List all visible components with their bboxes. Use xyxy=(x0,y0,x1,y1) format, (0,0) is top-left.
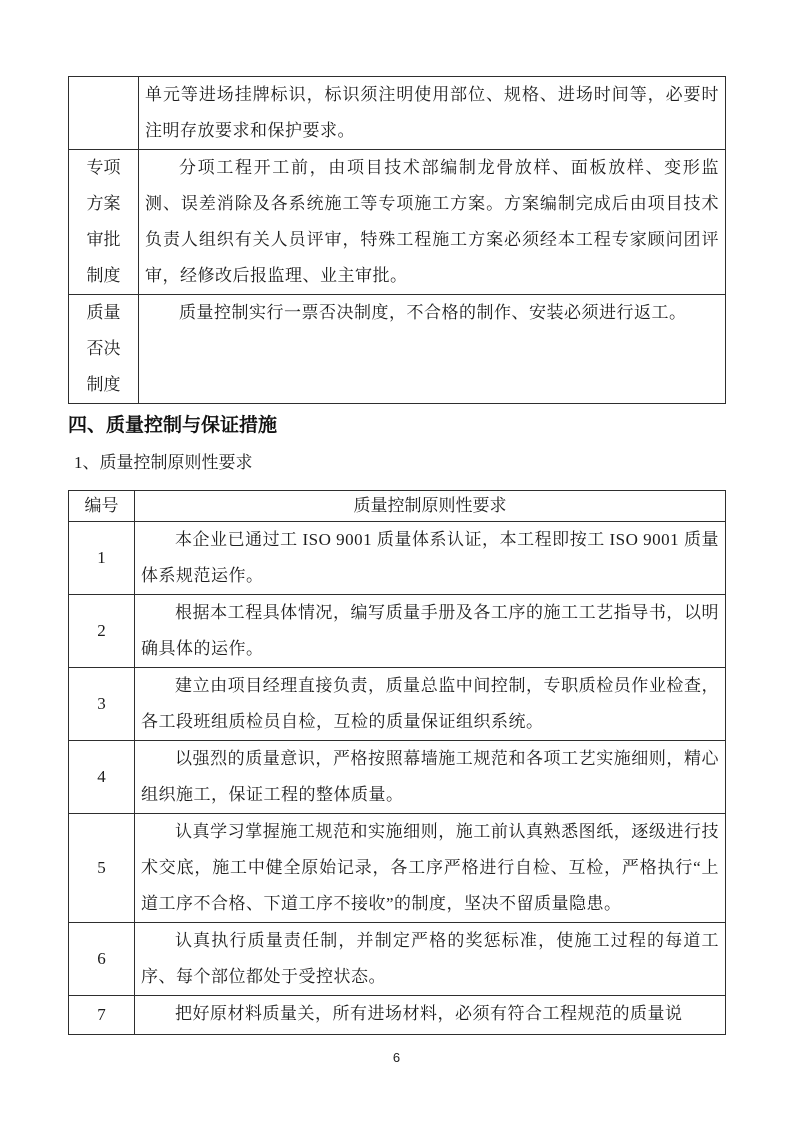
document-page: 单元等进场挂牌标识，标识须注明使用部位、规格、进场时间等，必要时注明存放要求和保… xyxy=(68,76,727,1035)
row-text-cell: 质量控制实行一票否决制度，不合格的制作、安装必须进行返工。 xyxy=(139,295,726,404)
management-systems-table: 单元等进场挂牌标识，标识须注明使用部位、规格、进场时间等，必要时注明存放要求和保… xyxy=(68,76,726,404)
row-text: 认真执行质量责任制，并制定严格的奖惩标准，使施工过程的每道工序、每个部位都处于受… xyxy=(141,923,719,995)
table-row: 7 把好原材料质量关，所有进场材料，必须有符合工程规范的质量说 xyxy=(69,996,726,1035)
table-row: 单元等进场挂牌标识，标识须注明使用部位、规格、进场时间等，必要时注明存放要求和保… xyxy=(69,77,726,150)
column-header-number: 编号 xyxy=(69,491,135,522)
row-text: 把好原材料质量关，所有进场材料，必须有符合工程规范的质量说 xyxy=(141,996,719,1032)
row-number: 2 xyxy=(69,595,135,668)
quality-principles-table: 编号 质量控制原则性要求 1 本企业已通过工 ISO 9001 质量体系认证，本… xyxy=(68,490,726,1035)
row-label xyxy=(69,77,139,150)
table-row: 2 根据本工程具体情况，编写质量手册及各工序的施工工艺指导书，以明确具体的运作。 xyxy=(69,595,726,668)
row-text-cell: 单元等进场挂牌标识，标识须注明使用部位、规格、进场时间等，必要时注明存放要求和保… xyxy=(139,77,726,150)
row-number: 3 xyxy=(69,668,135,741)
row-text: 单元等进场挂牌标识，标识须注明使用部位、规格、进场时间等，必要时注明存放要求和保… xyxy=(145,77,719,149)
row-text: 根据本工程具体情况，编写质量手册及各工序的施工工艺指导书，以明确具体的运作。 xyxy=(141,595,719,667)
column-header-requirement: 质量控制原则性要求 xyxy=(135,491,726,522)
page-number: 6 xyxy=(0,1050,793,1065)
row-text: 认真学习掌握施工规范和实施细则，施工前认真熟悉图纸，逐级进行技术交底，施工中健全… xyxy=(141,814,719,922)
row-text-cell: 建立由项目经理直接负责，质量总监中间控制，专职质检员作业检查，各工段班组质检员自… xyxy=(135,668,726,741)
row-text: 以强烈的质量意识，严格按照幕墙施工规范和各项工艺实施细则，精心组织施工，保证工程… xyxy=(141,741,719,813)
row-text-cell: 分项工程开工前，由项目技术部编制龙骨放样、面板放样、变形监测、误差消除及各系统施… xyxy=(139,150,726,295)
row-text: 建立由项目经理直接负责，质量总监中间控制，专职质检员作业检查，各工段班组质检员自… xyxy=(141,668,719,740)
table-row: 6 认真执行质量责任制，并制定严格的奖惩标准，使施工过程的每道工序、每个部位都处… xyxy=(69,923,726,996)
row-text-cell: 以强烈的质量意识，严格按照幕墙施工规范和各项工艺实施细则，精心组织施工，保证工程… xyxy=(135,741,726,814)
table-row: 1 本企业已通过工 ISO 9001 质量体系认证，本工程即按工 ISO 900… xyxy=(69,522,726,595)
row-number: 5 xyxy=(69,814,135,923)
row-text: 本企业已通过工 ISO 9001 质量体系认证，本工程即按工 ISO 9001 … xyxy=(141,522,719,594)
row-text-cell: 认真执行质量责任制，并制定严格的奖惩标准，使施工过程的每道工序、每个部位都处于受… xyxy=(135,923,726,996)
sub-heading: 1、质量控制原则性要求 xyxy=(74,451,727,475)
table-row: 3 建立由项目经理直接负责，质量总监中间控制，专职质检员作业检查，各工段班组质检… xyxy=(69,668,726,741)
row-label: 专项 方案 审批 制度 xyxy=(69,150,139,295)
table-row: 4 以强烈的质量意识，严格按照幕墙施工规范和各项工艺实施细则，精心组织施工，保证… xyxy=(69,741,726,814)
row-number: 1 xyxy=(69,522,135,595)
row-text-cell: 把好原材料质量关，所有进场材料，必须有符合工程规范的质量说 xyxy=(135,996,726,1035)
row-number: 6 xyxy=(69,923,135,996)
table-header-row: 编号 质量控制原则性要求 xyxy=(69,491,726,522)
row-text-cell: 认真学习掌握施工规范和实施细则，施工前认真熟悉图纸，逐级进行技术交底，施工中健全… xyxy=(135,814,726,923)
table-row: 专项 方案 审批 制度 分项工程开工前，由项目技术部编制龙骨放样、面板放样、变形… xyxy=(69,150,726,295)
row-label: 质量 否决 制度 xyxy=(69,295,139,404)
table-row: 质量 否决 制度 质量控制实行一票否决制度，不合格的制作、安装必须进行返工。 xyxy=(69,295,726,404)
row-number: 4 xyxy=(69,741,135,814)
table-row: 5 认真学习掌握施工规范和实施细则，施工前认真熟悉图纸，逐级进行技术交底，施工中… xyxy=(69,814,726,923)
row-text-cell: 本企业已通过工 ISO 9001 质量体系认证，本工程即按工 ISO 9001 … xyxy=(135,522,726,595)
section-heading: 四、质量控制与保证措施 xyxy=(68,413,727,439)
row-number: 7 xyxy=(69,996,135,1035)
row-text-cell: 根据本工程具体情况，编写质量手册及各工序的施工工艺指导书，以明确具体的运作。 xyxy=(135,595,726,668)
row-text: 质量控制实行一票否决制度，不合格的制作、安装必须进行返工。 xyxy=(145,295,719,331)
row-text: 分项工程开工前，由项目技术部编制龙骨放样、面板放样、变形监测、误差消除及各系统施… xyxy=(145,150,719,294)
